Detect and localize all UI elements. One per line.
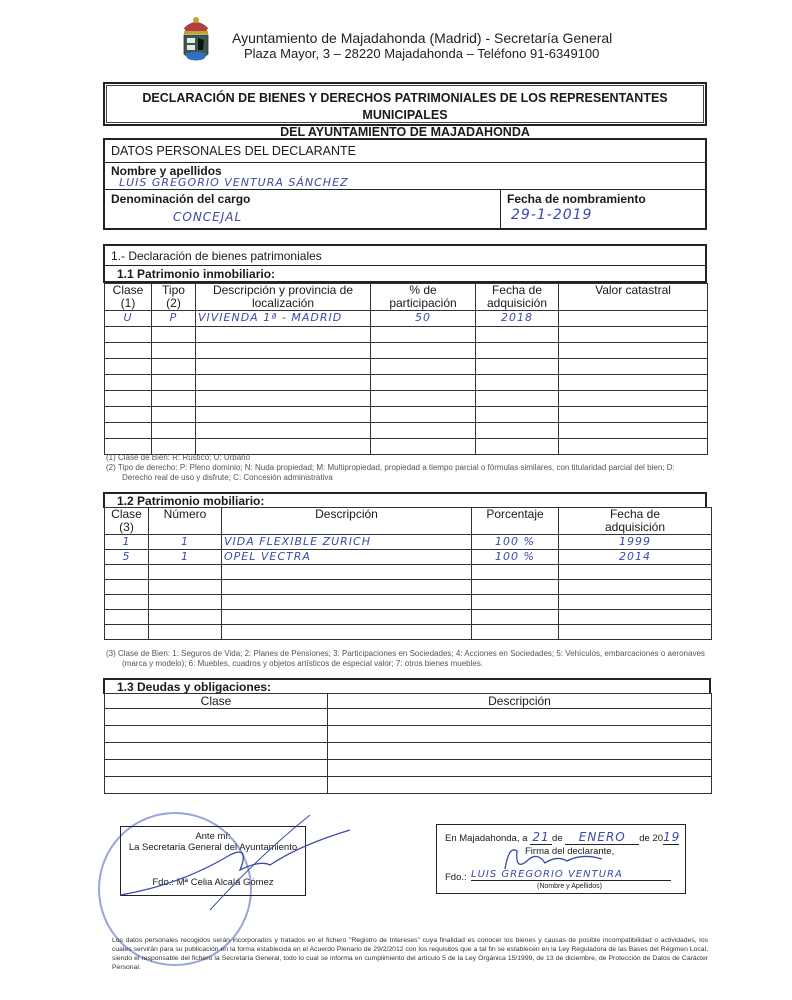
column-header: Clase [105,694,328,709]
header-row: ClaseDescripción [105,694,712,709]
table-cell[interactable] [559,565,712,580]
appointment-date-label: Fecha de nombramiento [507,192,646,206]
table-cell[interactable]: P [152,311,196,327]
table-cell[interactable] [105,565,149,580]
personal-heading: DATOS PERSONALES DEL DECLARANTE [111,144,356,158]
header-row: Clase(3)NúmeroDescripciónPorcentajeFecha… [105,508,712,535]
table-cell[interactable] [476,391,559,407]
debts-table: ClaseDescripción [104,693,712,794]
table-cell[interactable]: 1999 [559,535,712,550]
table-cell[interactable] [105,760,328,777]
table-cell[interactable] [196,327,371,343]
table-cell[interactable] [105,743,328,760]
column-header: Descripción [328,694,712,709]
position-cell: Denominación del cargo CONCEJAL [105,190,501,228]
table-cell[interactable]: 100 % [472,535,559,550]
table-cell[interactable] [105,359,152,375]
table-row: UPVIVIENDA 1ª - MADRID502018 [105,311,708,327]
column-header-line1: Porcentaje [474,508,556,521]
table-cell[interactable] [371,375,476,391]
table-row [105,726,712,743]
real-estate-table: Clase(1)Tipo(2)Descripción y provincia d… [104,283,708,455]
name-caption: (Nombre y Apellidos) [537,883,602,890]
header-row: Clase(1)Tipo(2)Descripción y provincia d… [105,284,708,311]
table-cell[interactable] [371,423,476,439]
table-cell[interactable] [105,391,152,407]
table-cell[interactable] [328,777,712,794]
year-field[interactable]: 19 [663,830,679,845]
table-cell[interactable] [476,423,559,439]
table-cell[interactable] [371,343,476,359]
movable-title: 1.2 Patrimonio mobiliario: [117,494,264,508]
table-row [105,743,712,760]
real-estate-header: 1.1 Patrimonio inmobiliario: [103,266,707,283]
table-cell[interactable] [476,327,559,343]
table-cell[interactable] [328,726,712,743]
table-cell[interactable] [371,327,476,343]
table-cell[interactable] [152,343,196,359]
table-cell[interactable] [559,359,708,375]
column-header-line2: localización [198,297,368,310]
table-cell[interactable] [152,375,196,391]
table-row [105,327,708,343]
table-cell[interactable] [149,625,222,640]
table-row [105,343,708,359]
municipal-crest-icon [178,14,214,66]
table-cell[interactable] [328,743,712,760]
table-cell[interactable] [371,359,476,375]
table-cell[interactable]: VIVIENDA 1ª - MADRID [196,311,371,327]
table-cell[interactable] [476,407,559,423]
table-row: 51OPEL VECTRA100 %2014 [105,550,712,565]
fdo-label: Fdo.: [445,872,467,883]
table-cell[interactable]: 5 [105,550,149,565]
table-cell[interactable] [152,327,196,343]
table-row [105,375,708,391]
real-estate-title: 1.1 Patrimonio inmobiliario: [117,267,275,281]
declarant-name-field[interactable]: LUIS GREGORIO VENTURA [471,869,671,881]
note-2: (2) Tipo de derecho: P: Pleno dominio; N… [106,463,706,483]
table-row [105,777,712,794]
table-cell[interactable] [105,423,152,439]
table-cell[interactable] [559,407,708,423]
table-cell[interactable] [105,580,149,595]
document-title: DECLARACIÓN DE BIENES Y DERECHOS PATRIMO… [103,82,707,126]
column-header: Descripción y provincia delocalización [196,284,371,311]
table-cell[interactable]: 1 [105,535,149,550]
column-header: Porcentaje [472,508,559,535]
column-header-line1: Valor catastral [561,284,705,297]
table-cell[interactable] [559,423,708,439]
table-cell[interactable] [559,595,712,610]
table-row: 11VIDA FLEXIBLE ZURICH100 %1999 [105,535,712,550]
table-cell[interactable] [476,375,559,391]
table-cell[interactable]: 1 [149,535,222,550]
appointment-date-field[interactable]: 29-1-2019 [511,207,592,223]
table-cell[interactable] [152,391,196,407]
table-cell[interactable] [105,595,149,610]
organization-address: Plaza Mayor, 3 – 28220 Majadahonda – Tel… [244,46,599,61]
table-cell[interactable] [559,311,708,327]
table-cell[interactable] [472,565,559,580]
table-cell[interactable] [149,595,222,610]
table-row [105,391,708,407]
personal-heading-row: DATOS PERSONALES DEL DECLARANTE [105,140,705,163]
table-cell[interactable] [105,726,328,743]
table-cell[interactable] [196,407,371,423]
column-header-line1: Descripción [224,508,469,521]
table-cell[interactable] [196,423,371,439]
table-cell[interactable] [222,565,472,580]
table-cell[interactable] [371,407,476,423]
name-field[interactable]: LUIS GREGORIO VENTURA SÁNCHEZ [119,176,349,189]
privacy-notice: Los datos personales recogidos serán inc… [112,936,708,972]
table-cell[interactable] [559,343,708,359]
table-cell[interactable]: 100 % [472,550,559,565]
table-row [105,565,712,580]
table-cell[interactable]: 50 [371,311,476,327]
column-header: Fecha deadquisición [559,508,712,535]
column-header-line2: (2) [154,297,193,310]
table-row [105,359,708,375]
table-cell[interactable] [222,610,472,625]
document-title-line1: DECLARACIÓN DE BIENES Y DERECHOS PATRIMO… [105,90,705,124]
table-cell[interactable] [196,343,371,359]
table-cell[interactable] [559,580,712,595]
table-cell[interactable] [105,625,149,640]
table-cell[interactable] [149,610,222,625]
table-cell[interactable] [105,375,152,391]
table-cell[interactable] [472,580,559,595]
table-row [105,610,712,625]
position-field[interactable]: CONCEJAL [173,210,242,224]
table-cell[interactable] [559,625,712,640]
column-header-line2: (3) [107,521,146,534]
table-cell[interactable] [196,391,371,407]
table-cell[interactable] [152,359,196,375]
organization-name: Ayuntamiento de Majadahonda (Madrid) - S… [232,30,612,46]
table-cell[interactable] [105,709,328,726]
table-cell[interactable] [196,375,371,391]
column-header: % departicipación [371,284,476,311]
table-cell[interactable] [559,375,708,391]
column-header: Clase(3) [105,508,149,535]
column-header: Fecha deadquisición [476,284,559,311]
table-cell[interactable] [105,407,152,423]
column-header: Descripción [222,508,472,535]
column-header: Tipo(2) [152,284,196,311]
appointment-date-cell: Fecha de nombramiento 29-1-2019 [501,190,705,228]
table-row [105,625,712,640]
table-cell[interactable] [472,595,559,610]
position-label: Denominación del cargo [111,192,250,206]
table-cell[interactable] [149,580,222,595]
table-cell[interactable]: OPEL VECTRA [222,550,472,565]
section-1-title: 1.- Declaración de bienes patrimoniales [111,249,322,263]
table-cell[interactable]: 2018 [476,311,559,327]
movable-note: (3) Clase de Bien: 1: Seguros de Vida; 2… [106,649,710,669]
table-cell[interactable] [559,391,708,407]
table-cell[interactable] [105,610,149,625]
debts-title: 1.3 Deudas y obligaciones: [117,680,271,694]
table-cell[interactable] [371,391,476,407]
table-row [105,760,712,777]
table-cell[interactable] [105,327,152,343]
table-cell[interactable]: VIDA FLEXIBLE ZURICH [222,535,472,550]
note-1: (1) Clase de Bien: R: Rústico; U: Urbano [106,453,706,463]
table-cell[interactable] [559,610,712,625]
table-cell[interactable] [222,580,472,595]
table-cell[interactable] [328,709,712,726]
column-header-line1: Número [151,508,219,521]
table-cell[interactable] [472,610,559,625]
name-row: Nombre y apellidos LUIS GREGORIO VENTURA… [105,163,705,190]
personal-data-section: DATOS PERSONALES DEL DECLARANTE Nombre y… [103,138,707,230]
table-cell[interactable]: 2014 [559,550,712,565]
table-row [105,709,712,726]
table-cell[interactable] [196,359,371,375]
table-row [105,407,708,423]
column-header: Valor catastral [559,284,708,311]
table-cell[interactable]: 1 [149,550,222,565]
table-cell[interactable] [476,359,559,375]
table-cell[interactable] [476,343,559,359]
table-cell[interactable] [152,423,196,439]
section-1-header: 1.- Declaración de bienes patrimoniales [103,244,707,266]
column-header-line2: participación [373,297,473,310]
table-cell[interactable] [149,565,222,580]
column-header-line2: adquisición [478,297,556,310]
table-cell[interactable] [559,327,708,343]
table-cell[interactable] [105,343,152,359]
column-header: Número [149,508,222,535]
de-label-2: de 20 [639,833,663,844]
debts-header: 1.3 Deudas y obligaciones: [103,678,711,694]
table-cell[interactable] [152,407,196,423]
movable-header: 1.2 Patrimonio mobiliario: [103,492,707,508]
table-cell[interactable] [328,760,712,777]
table-cell[interactable] [105,777,328,794]
table-cell[interactable]: U [105,311,152,327]
table-row [105,580,712,595]
real-estate-notes: (1) Clase de Bien: R: Rústico; U: Urbano… [106,453,706,483]
table-row [105,595,712,610]
table-cell[interactable] [472,625,559,640]
secretary-signature-icon [110,815,360,915]
table-cell[interactable] [222,625,472,640]
declarant-signature-box: En Majadahonda, a 21de ENEROde 2019 Firm… [436,824,686,894]
table-row [105,423,708,439]
movable-table: Clase(3)NúmeroDescripciónPorcentajeFecha… [104,507,712,640]
column-header-line2: (1) [107,297,149,310]
column-header: Clase(1) [105,284,152,311]
column-header-line2: adquisición [561,521,709,534]
table-cell[interactable] [222,595,472,610]
